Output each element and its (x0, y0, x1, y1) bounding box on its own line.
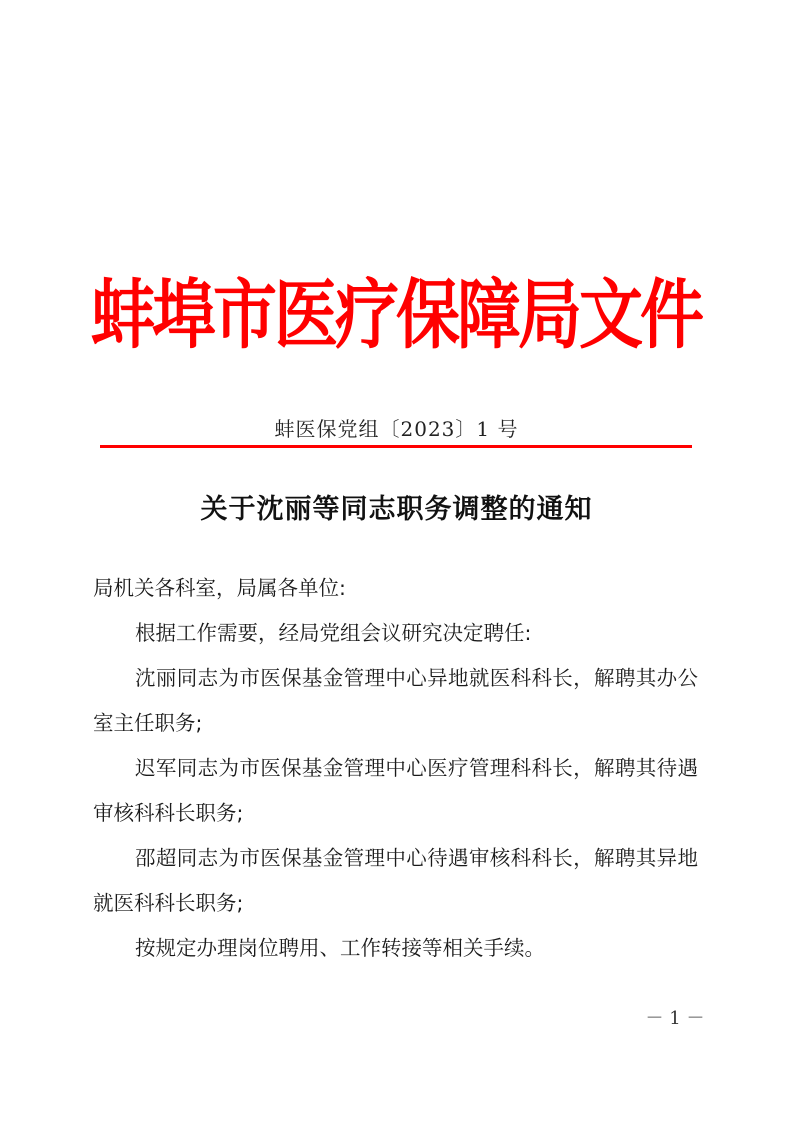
page-number: － 1 － (640, 1006, 710, 1032)
body-paragraph: 邵超同志为市医保基金管理中心待遇审核科科长，解聘其异地就医科科长职务; (93, 836, 698, 926)
body-paragraph: 沈丽同志为市医保基金管理中心异地就医科科长，解聘其办公室主任职务; (93, 656, 698, 746)
body-paragraph: 根据工作需要，经局党组会议研究决定聘任: (93, 611, 698, 656)
document-masthead: 蚌埠市医疗保障局文件 (86, 259, 706, 372)
document-body: 局机关各科室，局属各单位: 根据工作需要，经局党组会议研究决定聘任: 沈丽同志为… (93, 566, 698, 971)
document-number: 蚌医保党组〔2023〕1 号 (0, 414, 793, 444)
document-title: 关于沈丽等同志职务调整的通知 (0, 490, 793, 530)
red-divider-rule (100, 445, 692, 448)
body-paragraph: 迟军同志为市医保基金管理中心医疗管理科科长，解聘其待遇审核科科长职务; (93, 746, 698, 836)
body-paragraph: 按规定办理岗位聘用、工作转接等相关手续。 (93, 926, 698, 971)
document-page: 蚌埠市医疗保障局文件 蚌医保党组〔2023〕1 号 关于沈丽等同志职务调整的通知… (0, 0, 793, 1122)
salutation: 局机关各科室，局属各单位: (93, 566, 698, 611)
